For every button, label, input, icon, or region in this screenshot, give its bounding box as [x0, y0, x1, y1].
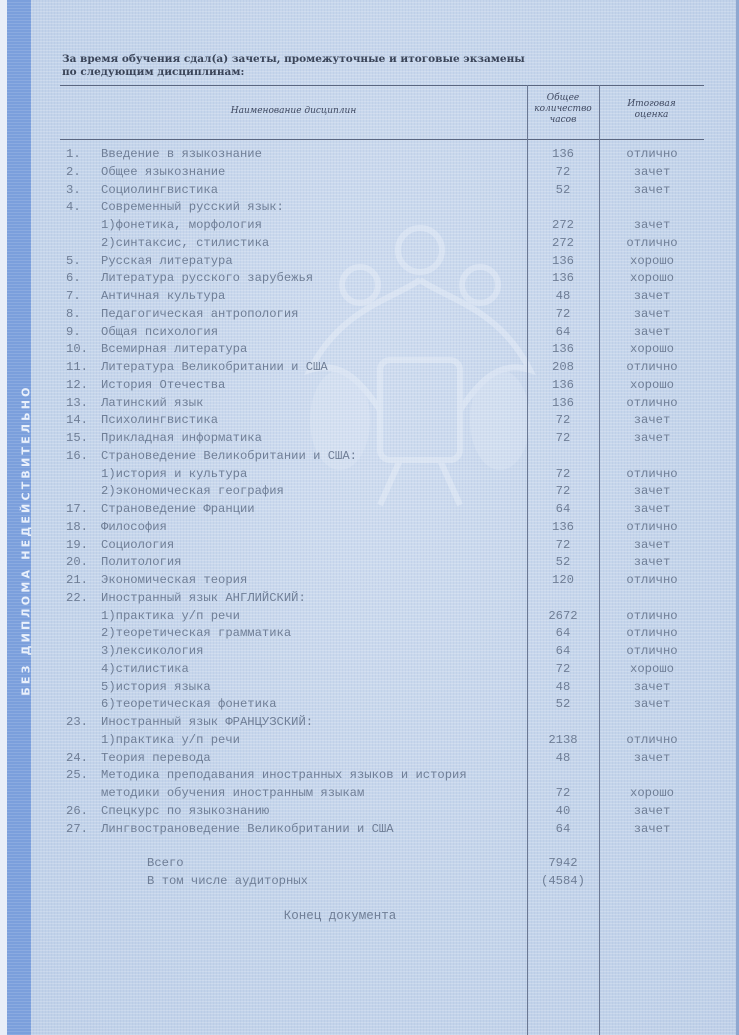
grade-value: зачет	[600, 217, 704, 234]
totals-label: Всего	[147, 855, 184, 872]
row-number: 17.	[66, 501, 96, 518]
grade-value: отлично	[600, 359, 704, 376]
hours-value: 136	[527, 270, 599, 287]
discipline-name: 3)лексикология	[101, 643, 203, 660]
table-row: 23.Иностранный язык ФРАНЦУЗСКИЙ:	[0, 714, 739, 731]
row-number: 8.	[66, 306, 96, 323]
grade-value: хорошо	[600, 785, 704, 802]
table-row: 25.Методика преподавания иностранных язы…	[0, 767, 739, 784]
row-number: 25.	[66, 767, 96, 784]
table-row: 21.Экономическая теория120отлично	[0, 572, 739, 589]
discipline-name: Общее языкознание	[101, 164, 225, 181]
row-number: 16.	[66, 448, 96, 465]
grade-value: хорошо	[600, 661, 704, 678]
hours-value: 136	[527, 519, 599, 536]
grade-value: отлично	[600, 466, 704, 483]
grade-value: зачет	[600, 306, 704, 323]
row-number: 5.	[66, 253, 96, 270]
table-row: 1)история и культура72отлично	[0, 466, 739, 483]
hours-value: 64	[527, 643, 599, 660]
hours-value: 72	[527, 537, 599, 554]
row-number: 18.	[66, 519, 96, 536]
header-hours-line-2: количество	[527, 104, 599, 115]
grade-value: зачет	[600, 324, 704, 341]
table-row: 2)экономическая география72зачет	[0, 483, 739, 500]
table-row: 8.Педагогическая антропология72зачет	[0, 306, 739, 323]
hours-value: 48	[527, 288, 599, 305]
row-number: 6.	[66, 270, 96, 287]
table-row: 2)теоретическая грамматика64отлично	[0, 625, 739, 642]
discipline-name: Общая психология	[101, 324, 218, 341]
grade-value: зачет	[600, 696, 704, 713]
header-hours-line-3: часов	[527, 115, 599, 126]
row-number: 10.	[66, 341, 96, 358]
table-row: 12.История Отечества136хорошо	[0, 377, 739, 394]
row-number: 3.	[66, 182, 96, 199]
grade-value: отлично	[600, 395, 704, 412]
discipline-name: 6)теоретическая фонетика	[101, 696, 277, 713]
table-row: 4.Современный русский язык:	[0, 199, 739, 216]
table-row: 19.Социология72зачет	[0, 537, 739, 554]
hours-value: 64	[527, 324, 599, 341]
row-number: 14.	[66, 412, 96, 429]
hours-value: 2672	[527, 608, 599, 625]
grade-value: хорошо	[600, 341, 704, 358]
table-row: 1.Введение в языкознание136отлично	[0, 146, 739, 163]
discipline-name: Социология	[101, 537, 174, 554]
table-row: 20.Политология52зачет	[0, 554, 739, 571]
discipline-name: Литература русского зарубежья	[101, 270, 313, 287]
table-row: 1)фонетика, морфология272зачет	[0, 217, 739, 234]
grade-value: зачет	[600, 679, 704, 696]
grade-value: отлично	[600, 732, 704, 749]
discipline-name: 1)фонетика, морфология	[101, 217, 262, 234]
row-number: 7.	[66, 288, 96, 305]
table-row: 14.Психолингвистика72зачет	[0, 412, 739, 429]
intro-text: За время обучения сдал(а) зачеты, промеж…	[62, 53, 525, 79]
table-row: 6.Литература русского зарубежья136хорошо	[0, 270, 739, 287]
discipline-name: Политология	[101, 554, 181, 571]
discipline-name: Иностранный язык АНГЛИЙСКИЙ:	[101, 590, 306, 607]
hours-value: 72	[527, 466, 599, 483]
row-number: 11.	[66, 359, 96, 376]
row-number: 2.	[66, 164, 96, 181]
header-hours-line-1: Общее	[527, 93, 599, 104]
hours-value: 40	[527, 803, 599, 820]
grade-value: хорошо	[600, 377, 704, 394]
discipline-name: Современный русский язык:	[101, 199, 284, 216]
grade-value: зачет	[600, 288, 704, 305]
hours-value: 208	[527, 359, 599, 376]
row-number: 26.	[66, 803, 96, 820]
grade-value: зачет	[600, 803, 704, 820]
grade-value: отлично	[600, 643, 704, 660]
discipline-name: Литература Великобритании и США	[101, 359, 328, 376]
row-number: 19.	[66, 537, 96, 554]
hours-value: 48	[527, 750, 599, 767]
totals-hours: (4584)	[527, 873, 599, 890]
row-number: 21.	[66, 572, 96, 589]
grade-value: хорошо	[600, 270, 704, 287]
grade-value: отлично	[600, 235, 704, 252]
discipline-name: Философия	[101, 519, 167, 536]
table-row: 3)лексикология64отлично	[0, 643, 739, 660]
totals-row: Всего7942	[0, 855, 739, 872]
hours-value: 136	[527, 377, 599, 394]
discipline-name: Введение в языкознание	[101, 146, 262, 163]
discipline-name: 1)практика у/п речи	[101, 608, 240, 625]
grade-value: хорошо	[600, 253, 704, 270]
discipline-name: Страноведение Франции	[101, 501, 255, 518]
row-number: 20.	[66, 554, 96, 571]
table-row: методики обучения иностранным языкам72хо…	[0, 785, 739, 802]
table-row: 27.Лингвострановедение Великобритании и …	[0, 821, 739, 838]
end-of-document: Конец документа	[0, 909, 680, 923]
table-row: 3.Социолингвистика52зачет	[0, 182, 739, 199]
row-number: 15.	[66, 430, 96, 447]
discipline-name: Теория перевода	[101, 750, 211, 767]
grade-value: зачет	[600, 537, 704, 554]
hours-value: 136	[527, 395, 599, 412]
hours-value: 2138	[527, 732, 599, 749]
table-row: 1)практика у/п речи2138отлично	[0, 732, 739, 749]
hours-value: 72	[527, 412, 599, 429]
discipline-name: Экономическая теория	[101, 572, 247, 589]
grade-value: отлично	[600, 608, 704, 625]
hours-value: 52	[527, 554, 599, 571]
row-number: 27.	[66, 821, 96, 838]
discipline-name: Русская литература	[101, 253, 233, 270]
discipline-name: Латинский язык	[101, 395, 203, 412]
row-number: 9.	[66, 324, 96, 341]
discipline-name: 1)практика у/п речи	[101, 732, 240, 749]
discipline-name: Социолингвистика	[101, 182, 218, 199]
header-grade-line-2: оценка	[599, 110, 704, 121]
table-row: 6)теоретическая фонетика52зачет	[0, 696, 739, 713]
header-grade: Итоговая оценка	[599, 99, 704, 121]
discipline-name: Методика преподавания иностранных языков…	[101, 767, 467, 784]
hours-value: 64	[527, 501, 599, 518]
hours-value: 120	[527, 572, 599, 589]
hours-value: 272	[527, 235, 599, 252]
table-row: 26.Спецкурс по языкознанию40зачет	[0, 803, 739, 820]
table-row: 1)практика у/п речи2672отлично	[0, 608, 739, 625]
discipline-name: методики обучения иностранным языкам	[101, 785, 364, 802]
discipline-name: Античная культура	[101, 288, 225, 305]
table-row: 5.Русская литература136хорошо	[0, 253, 739, 270]
header-discipline: Наименование дисциплин	[60, 106, 527, 117]
table-row: 9.Общая психология64зачет	[0, 324, 739, 341]
discipline-name: 4)стилистика	[101, 661, 189, 678]
discipline-name: Спецкурс по языкознанию	[101, 803, 269, 820]
grade-value: отлично	[600, 146, 704, 163]
hours-value: 136	[527, 253, 599, 270]
table-row: 16.Страноведение Великобритании и США:	[0, 448, 739, 465]
hours-value: 72	[527, 483, 599, 500]
grade-value: зачет	[600, 501, 704, 518]
header-hours: Общее количество часов	[527, 93, 599, 126]
intro-line-1: За время обучения сдал(а) зачеты, промеж…	[62, 53, 525, 66]
discipline-name: 1)история и культура	[101, 466, 247, 483]
grade-value: зачет	[600, 182, 704, 199]
table-row: 2.Общее языкознание72зачет	[0, 164, 739, 181]
hours-value: 136	[527, 146, 599, 163]
totals-hours: 7942	[527, 855, 599, 872]
table-row: 17.Страноведение Франции64зачет	[0, 501, 739, 518]
grade-value: зачет	[600, 164, 704, 181]
table-row: 10.Всемирная литература136хорошо	[0, 341, 739, 358]
hours-value: 64	[527, 625, 599, 642]
hours-value: 72	[527, 164, 599, 181]
grade-value: зачет	[600, 554, 704, 571]
discipline-name: 2)экономическая география	[101, 483, 284, 500]
discipline-name: История Отечества	[101, 377, 225, 394]
hours-value: 72	[527, 430, 599, 447]
grade-value: зачет	[600, 430, 704, 447]
discipline-name: Лингвострановедение Великобритании и США	[101, 821, 394, 838]
discipline-name: 5)история языка	[101, 679, 211, 696]
grade-value: отлично	[600, 572, 704, 589]
table-row: 22.Иностранный язык АНГЛИЙСКИЙ:	[0, 590, 739, 607]
hours-value: 64	[527, 821, 599, 838]
table-row: 11.Литература Великобритании и США208отл…	[0, 359, 739, 376]
hours-value: 52	[527, 696, 599, 713]
discipline-name: 2)синтаксис, стилистика	[101, 235, 269, 252]
table-row: 5)история языка48зачет	[0, 679, 739, 696]
row-number: 24.	[66, 750, 96, 767]
row-number: 4.	[66, 199, 96, 216]
table-header-rule	[60, 139, 704, 140]
intro-line-2: по следующим дисциплинам:	[62, 66, 525, 79]
table-row: 2)синтаксис, стилистика272отлично	[0, 235, 739, 252]
discipline-name: Страноведение Великобритании и США:	[101, 448, 357, 465]
grade-value: отлично	[600, 625, 704, 642]
totals-row: В том числе аудиторных(4584)	[0, 873, 739, 890]
hours-value: 72	[527, 306, 599, 323]
totals-label: В том числе аудиторных	[147, 873, 308, 890]
table-top-rule	[60, 85, 704, 86]
table-row: 4)стилистика72хорошо	[0, 661, 739, 678]
grade-value: зачет	[600, 750, 704, 767]
grade-value: зачет	[600, 483, 704, 500]
hours-value: 72	[527, 785, 599, 802]
discipline-name: 2)теоретическая грамматика	[101, 625, 291, 642]
row-number: 13.	[66, 395, 96, 412]
discipline-name: Психолингвистика	[101, 412, 218, 429]
row-number: 1.	[66, 146, 96, 163]
hours-value: 272	[527, 217, 599, 234]
row-number: 22.	[66, 590, 96, 607]
grade-value: зачет	[600, 821, 704, 838]
hours-value: 48	[527, 679, 599, 696]
table-row: 15.Прикладная информатика72зачет	[0, 430, 739, 447]
table-row: 13.Латинский язык136отлично	[0, 395, 739, 412]
hours-value: 52	[527, 182, 599, 199]
grade-value: зачет	[600, 412, 704, 429]
table-row: 7.Античная культура48зачет	[0, 288, 739, 305]
table-row: 18.Философия136отлично	[0, 519, 739, 536]
row-number: 23.	[66, 714, 96, 731]
discipline-name: Иностранный язык ФРАНЦУЗСКИЙ:	[101, 714, 313, 731]
hours-value: 136	[527, 341, 599, 358]
table-row: 24.Теория перевода48зачет	[0, 750, 739, 767]
discipline-name: Педагогическая антропология	[101, 306, 298, 323]
discipline-name: Прикладная информатика	[101, 430, 262, 447]
header-grade-line-1: Итоговая	[599, 99, 704, 110]
discipline-name: Всемирная литература	[101, 341, 247, 358]
hours-value: 72	[527, 661, 599, 678]
row-number: 12.	[66, 377, 96, 394]
grade-value: отлично	[600, 519, 704, 536]
